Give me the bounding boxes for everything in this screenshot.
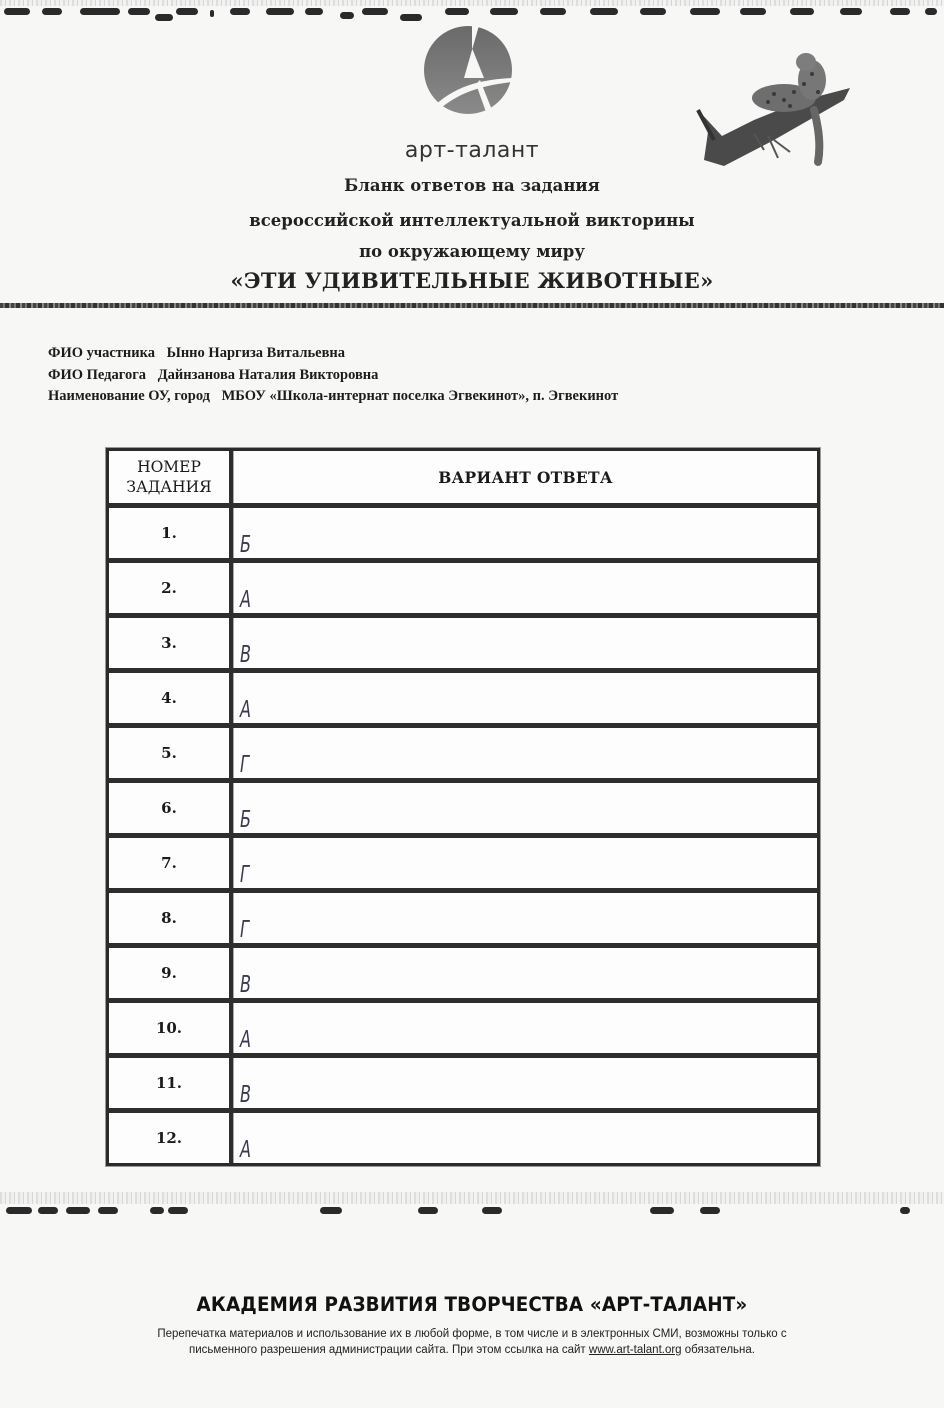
task-number: 11.	[109, 1058, 233, 1108]
student-info: ФИО участника Ынно Наргиза Витальевна	[48, 345, 345, 362]
dash-mark	[155, 14, 173, 21]
dash-mark	[925, 8, 937, 15]
handwritten-answer: В	[240, 972, 251, 998]
teacher-name: Дайнзанова Наталия Викторовна	[158, 367, 379, 383]
school-info: Наименование ОУ, город МБОУ «Школа-интер…	[48, 388, 618, 405]
dash-mark	[900, 1207, 910, 1214]
table-row: 6.Б	[109, 783, 817, 838]
dash-mark	[540, 8, 566, 15]
dash-mark	[98, 1207, 118, 1214]
task-number: 7.	[109, 838, 233, 888]
answer-field[interactable]: Г	[233, 838, 817, 888]
table-row: 12.А	[109, 1113, 817, 1163]
form-title-line-2: всероссийской интеллектуальной викторины	[0, 211, 944, 230]
quiz-name: «ЭТИ УДИВИТЕЛЬНЫЕ ЖИВОТНЫЕ»	[0, 268, 944, 293]
dash-mark	[490, 8, 518, 15]
handwritten-answer: В	[240, 1082, 251, 1108]
handwritten-answer: Г	[240, 917, 249, 943]
dash-mark	[230, 8, 250, 15]
dash-mark	[4, 8, 30, 15]
table-row: 8.Г	[109, 893, 817, 948]
handwritten-answer: А	[240, 1137, 251, 1163]
handwritten-answer: Б	[240, 807, 251, 833]
cut-line-top	[0, 8, 944, 18]
header-answer: ВАРИАНТ ОТВЕТА	[233, 451, 817, 503]
footer-note-suffix: обязательна.	[682, 1344, 755, 1356]
handwritten-answer: А	[240, 587, 251, 613]
dash-mark	[890, 8, 910, 15]
school-name: МБОУ «Школа-интернат поселка Эгвекинот»,…	[222, 388, 619, 404]
dash-mark	[400, 14, 422, 21]
footer-title: АКАДЕМИЯ РАЗВИТИЯ ТВОРЧЕСТВА «АРТ-ТАЛАНТ…	[28, 1293, 915, 1316]
site-link[interactable]: www.art-talant.org	[589, 1344, 682, 1356]
answer-field[interactable]: Б	[233, 508, 817, 558]
table-row: 3.В	[109, 618, 817, 673]
handwritten-answer: Г	[240, 862, 249, 888]
teacher-label: ФИО Педагога	[48, 367, 146, 383]
scan-noise-top	[0, 0, 944, 6]
answer-field[interactable]: А	[233, 563, 817, 613]
dash-mark	[176, 8, 198, 15]
form-title-line-3: по окружающему миру	[0, 242, 944, 261]
table-row: 1.Б	[109, 508, 817, 563]
answer-field[interactable]: А	[233, 1113, 817, 1163]
task-number: 8.	[109, 893, 233, 943]
table-row: 4.А	[109, 673, 817, 728]
dash-mark	[362, 8, 388, 15]
table-row: 2.А	[109, 563, 817, 618]
table-row: 10.А	[109, 1003, 817, 1058]
dash-mark	[482, 1207, 502, 1214]
dash-mark	[6, 1207, 32, 1214]
answer-table: НОМЕР ЗАДАНИЯ ВАРИАНТ ОТВЕТА 1.Б2.А3.В4.…	[106, 448, 820, 1166]
task-number: 6.	[109, 783, 233, 833]
handwritten-answer: В	[240, 642, 251, 668]
dash-mark	[690, 8, 720, 15]
task-number: 9.	[109, 948, 233, 998]
dash-mark	[640, 8, 666, 15]
dash-mark	[740, 8, 766, 15]
form-title-line-1: Бланк ответов на задания	[0, 176, 944, 195]
teacher-info: ФИО Педагога Дайнзанова Наталия Викторов…	[48, 367, 378, 384]
header-task-number-line2: ЗАДАНИЯ	[126, 477, 211, 497]
dash-mark	[305, 8, 323, 15]
dash-mark	[168, 1207, 188, 1214]
dash-mark	[66, 1207, 90, 1214]
leopard-on-branch-icon	[694, 40, 854, 170]
dash-mark	[210, 10, 214, 17]
dash-mark	[38, 1207, 58, 1214]
dash-mark	[650, 1207, 674, 1214]
table-row: 7.Г	[109, 838, 817, 893]
answer-field[interactable]: В	[233, 948, 817, 998]
task-number: 4.	[109, 673, 233, 723]
dash-mark	[320, 1207, 342, 1214]
header-task-number-line1: НОМЕР	[137, 457, 201, 477]
answer-field[interactable]: В	[233, 618, 817, 668]
dash-mark	[150, 1207, 164, 1214]
dash-mark	[590, 8, 618, 15]
table-header-row: НОМЕР ЗАДАНИЯ ВАРИАНТ ОТВЕТА	[109, 451, 817, 508]
handwritten-answer: Г	[240, 752, 249, 778]
dash-mark	[80, 8, 120, 15]
answer-field[interactable]: Б	[233, 783, 817, 833]
task-number: 1.	[109, 508, 233, 558]
dash-mark	[840, 8, 862, 15]
answer-field[interactable]: А	[233, 1003, 817, 1053]
task-number: 12.	[109, 1113, 233, 1163]
footer-note-text: письменного разрешения администрации сай…	[189, 1344, 589, 1356]
dash-mark	[340, 12, 354, 19]
student-label: ФИО участника	[48, 345, 155, 361]
answer-field[interactable]: А	[233, 673, 817, 723]
handwritten-answer: Б	[240, 532, 251, 558]
handwritten-answer: А	[240, 697, 251, 723]
answer-field[interactable]: В	[233, 1058, 817, 1108]
footer-note-line1: Перепечатка материалов и использование и…	[0, 1326, 944, 1342]
scan-noise-bottom	[0, 1192, 944, 1204]
task-number: 2.	[109, 563, 233, 613]
task-number: 5.	[109, 728, 233, 778]
table-row: 11.В	[109, 1058, 817, 1113]
dash-mark	[790, 8, 814, 15]
table-row: 9.В	[109, 948, 817, 1003]
footer-note-line2: письменного разрешения администрации сай…	[0, 1342, 944, 1358]
dash-mark	[128, 8, 150, 15]
task-number: 10.	[109, 1003, 233, 1053]
dash-mark	[42, 8, 62, 15]
handwritten-answer: А	[240, 1027, 251, 1053]
art-talant-logo-icon	[420, 18, 516, 116]
dash-mark	[266, 8, 294, 15]
divider	[0, 303, 944, 308]
header-task-number: НОМЕР ЗАДАНИЯ	[109, 451, 233, 503]
student-name: Ынно Наргиза Витальевна	[167, 345, 345, 361]
footer-note: Перепечатка материалов и использование и…	[0, 1326, 944, 1358]
task-number: 3.	[109, 618, 233, 668]
answer-field[interactable]: Г	[233, 728, 817, 778]
answer-field[interactable]: Г	[233, 893, 817, 943]
cut-line-bottom	[0, 1207, 944, 1217]
dash-mark	[418, 1207, 438, 1214]
school-label: Наименование ОУ, город	[48, 388, 210, 404]
table-row: 5.Г	[109, 728, 817, 783]
dash-mark	[700, 1207, 720, 1214]
dash-mark	[445, 8, 469, 15]
